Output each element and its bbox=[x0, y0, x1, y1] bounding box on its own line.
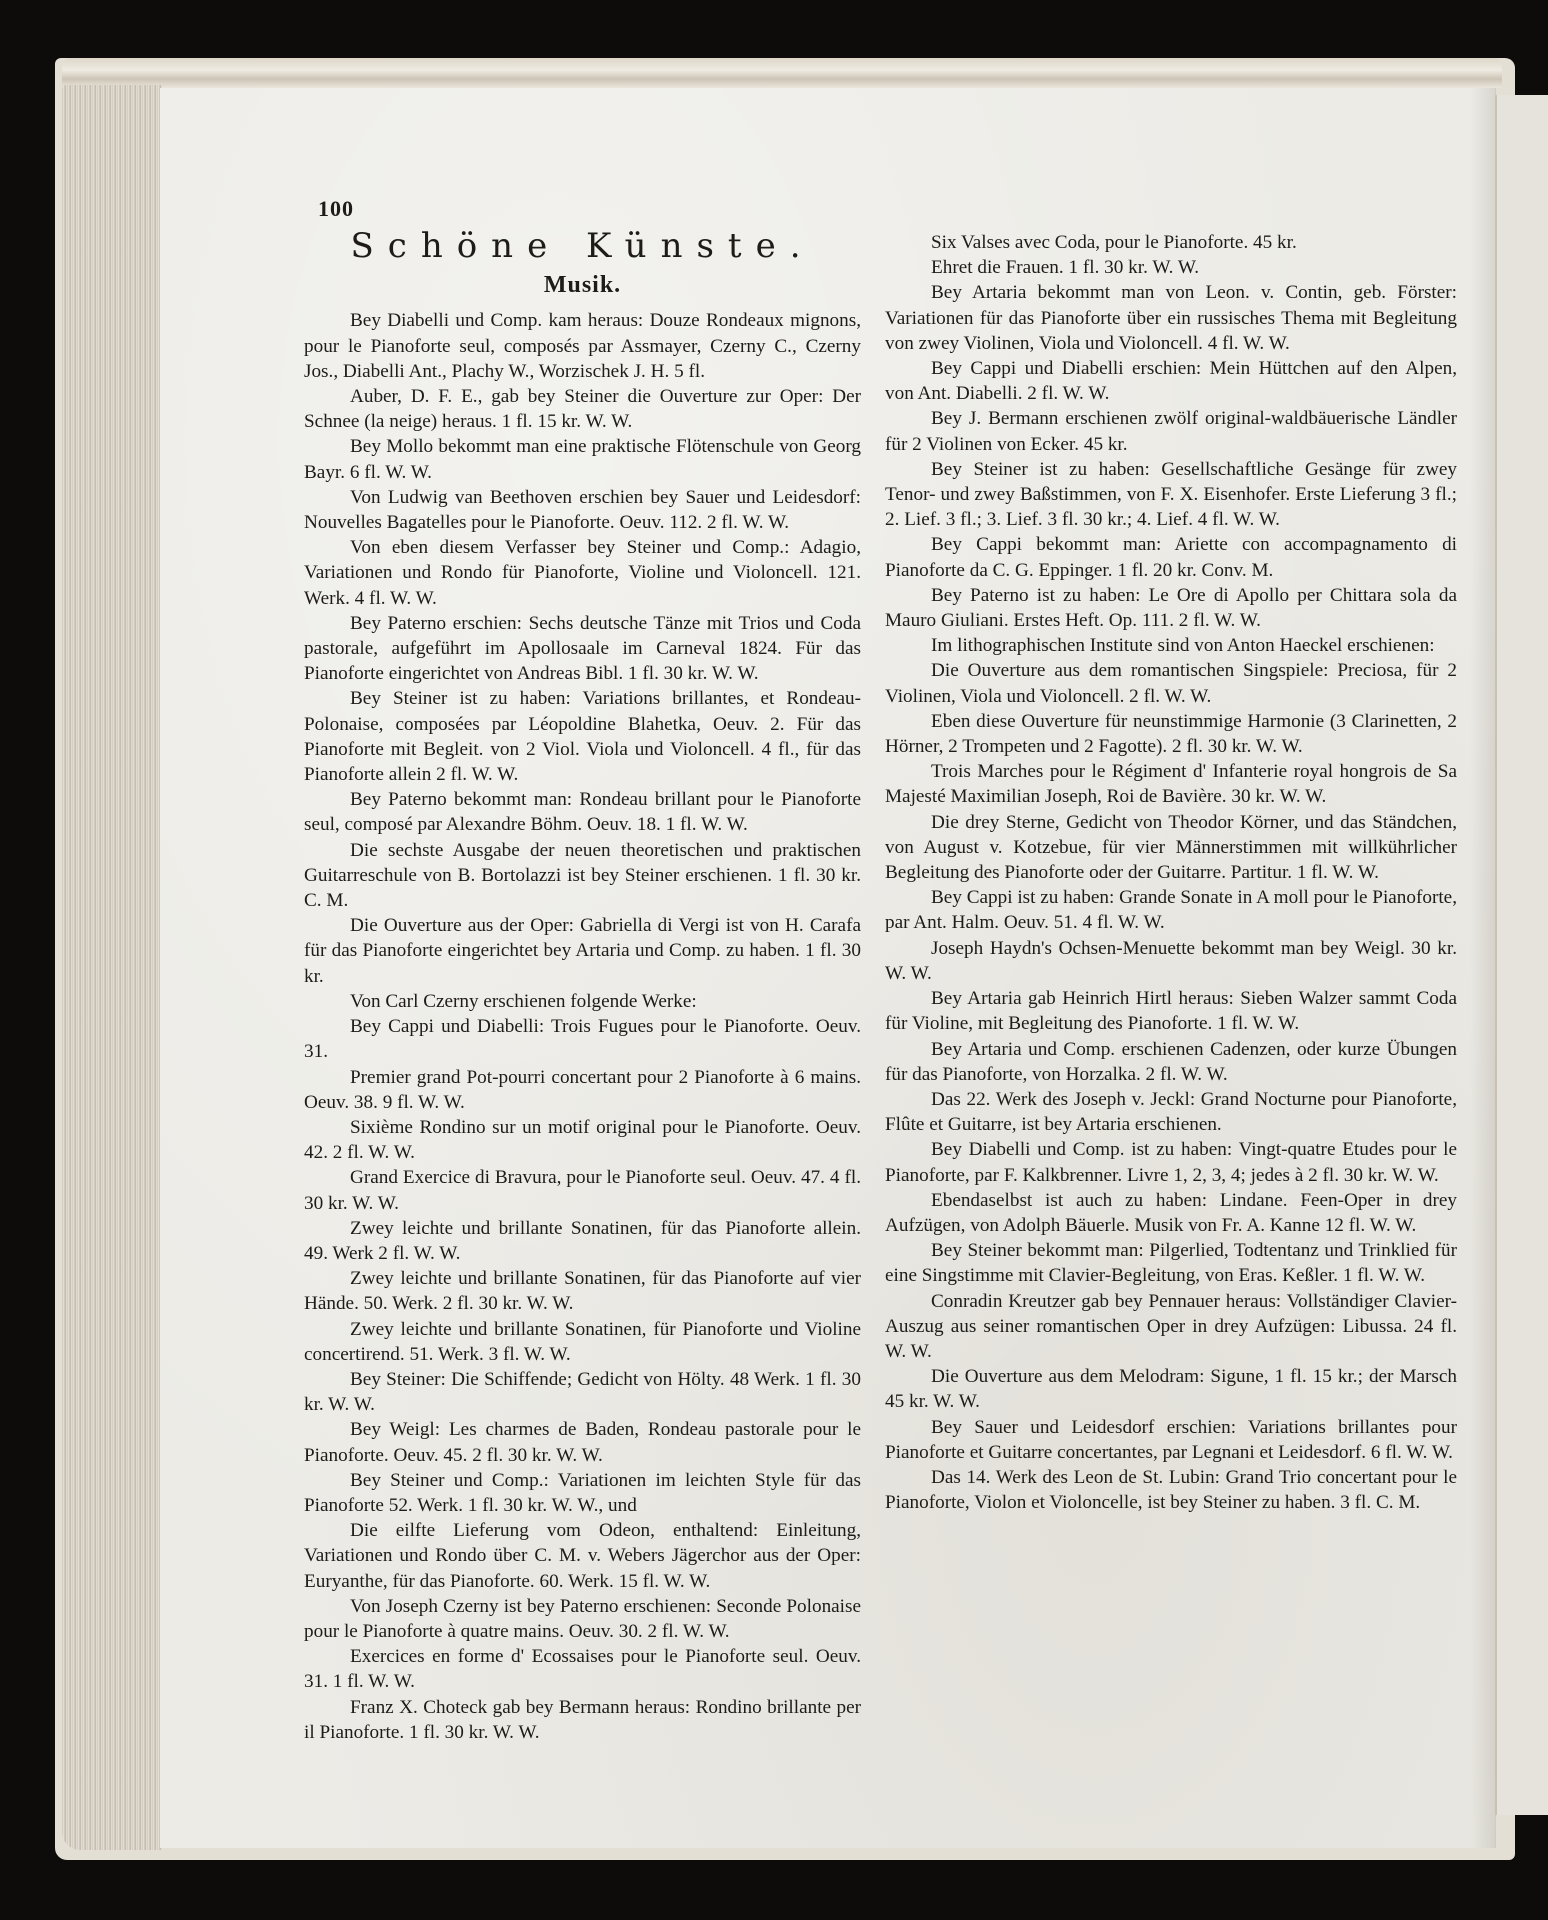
right-entries: Six Valses avec Coda, pour le Pianoforte… bbox=[885, 230, 1457, 1515]
text-entry: Six Valses avec Coda, pour le Pianoforte… bbox=[885, 230, 1457, 255]
text-entry: Ehret die Frauen. 1 fl. 30 kr. W. W. bbox=[885, 255, 1457, 280]
text-entry: Bey Cappi und Diabelli: Trois Fugues pou… bbox=[304, 1014, 861, 1064]
text-entry: Die sechste Ausgabe der neuen theoretisc… bbox=[304, 838, 861, 914]
text-entry: Bey Paterno bekommt man: Rondeau brillan… bbox=[304, 787, 861, 837]
text-entry: Bey Paterno erschien: Sechs deutsche Tän… bbox=[304, 611, 861, 687]
text-entry: Exercices en forme d' Ecossaises pour le… bbox=[304, 1644, 861, 1694]
text-entry: Trois Marches pour le Régiment d' Infant… bbox=[885, 759, 1457, 809]
text-entry: Die Ouverture aus dem Melodram: Sigune, … bbox=[885, 1364, 1457, 1414]
text-entry: Bey Weigl: Les charmes de Baden, Rondeau… bbox=[304, 1417, 861, 1467]
text-entry: Ebendaselbst ist auch zu haben: Lindane.… bbox=[885, 1188, 1457, 1238]
text-entry: Bey Diabelli und Comp. kam heraus: Douze… bbox=[304, 308, 861, 384]
text-entry: Die Ouverture aus dem romantischen Sings… bbox=[885, 658, 1457, 708]
text-entry: Sixième Rondino sur un motif original po… bbox=[304, 1115, 861, 1165]
text-entry: Von Ludwig van Beethoven erschien bey Sa… bbox=[304, 485, 861, 535]
text-entry: Bey Artaria gab Heinrich Hirtl heraus: S… bbox=[885, 986, 1457, 1036]
text-entry: Bey Artaria bekommt man von Leon. v. Con… bbox=[885, 280, 1457, 356]
right-text-column: Six Valses avec Coda, pour le Pianoforte… bbox=[885, 230, 1457, 1515]
section-title: Schöne Künste. bbox=[304, 234, 861, 259]
text-entry: Eben diese Ouverture für neunstimmige Ha… bbox=[885, 709, 1457, 759]
page-top-edge bbox=[62, 58, 1502, 88]
text-entry: Bey Steiner bekommt man: Pilgerlied, Tod… bbox=[885, 1238, 1457, 1288]
text-entry: Bey Mollo bekommt man eine praktische Fl… bbox=[304, 434, 861, 484]
text-entry: Bey Cappi bekommt man: Ariette con accom… bbox=[885, 532, 1457, 582]
text-entry: Bey Steiner und Comp.: Variationen im le… bbox=[304, 1468, 861, 1518]
text-entry: Grand Exercice di Bravura, pour le Piano… bbox=[304, 1165, 861, 1215]
page-number: 100 bbox=[318, 196, 354, 222]
text-entry: Bey Steiner ist zu haben: Gesellschaftli… bbox=[885, 457, 1457, 533]
text-entry: Conradin Kreutzer gab bey Pennauer herau… bbox=[885, 1289, 1457, 1365]
text-entry: Von eben diesem Verfasser bey Steiner un… bbox=[304, 535, 861, 611]
text-entry: Im lithographischen Institute sind von A… bbox=[885, 633, 1457, 658]
facing-page-edge bbox=[1495, 95, 1548, 1815]
text-entry: Bey Steiner ist zu haben: Variations bri… bbox=[304, 686, 861, 787]
text-entry: Von Joseph Czerny ist bey Paterno erschi… bbox=[304, 1594, 861, 1644]
text-entry: Zwey leichte und brillante Sonatinen, fü… bbox=[304, 1266, 861, 1316]
text-entry: Bey Diabelli und Comp. ist zu haben: Vin… bbox=[885, 1137, 1457, 1187]
text-entry: Das 14. Werk des Leon de St. Lubin: Gran… bbox=[885, 1465, 1457, 1515]
text-entry: Zwey leichte und brillante Sonatinen, fü… bbox=[304, 1216, 861, 1266]
text-entry: Bey Artaria und Comp. erschienen Cadenze… bbox=[885, 1037, 1457, 1087]
text-entry: Bey Sauer und Leidesdorf erschien: Varia… bbox=[885, 1415, 1457, 1465]
text-entry: Bey Cappi und Diabelli erschien: Mein Hü… bbox=[885, 356, 1457, 406]
text-entry: Bey Steiner: Die Schiffende; Gedicht von… bbox=[304, 1367, 861, 1417]
text-entry: Die eilfte Lieferung vom Odeon, enthalte… bbox=[304, 1518, 861, 1594]
left-text-column: Schöne Künste. Musik. Bey Diabelli und C… bbox=[304, 230, 861, 1745]
text-entry: Franz X. Choteck gab bey Bermann heraus:… bbox=[304, 1695, 861, 1745]
text-entry: Bey Cappi ist zu haben: Grande Sonate in… bbox=[885, 885, 1457, 935]
text-entry: Auber, D. F. E., gab bey Steiner die Ouv… bbox=[304, 384, 861, 434]
text-entry: Die drey Sterne, Gedicht von Theodor Kör… bbox=[885, 810, 1457, 886]
text-entry: Von Carl Czerny erschienen folgende Werk… bbox=[304, 989, 861, 1014]
text-entry: Bey Paterno ist zu haben: Le Ore di Apol… bbox=[885, 583, 1457, 633]
left-entries: Bey Diabelli und Comp. kam heraus: Douze… bbox=[304, 308, 861, 1745]
text-entry: Bey J. Bermann erschienen zwölf original… bbox=[885, 406, 1457, 456]
page-fore-edges bbox=[62, 85, 162, 1850]
gutter-shadow bbox=[1470, 88, 1496, 1848]
text-entry: Das 22. Werk des Joseph v. Jeckl: Grand … bbox=[885, 1087, 1457, 1137]
subsection-title: Musik. bbox=[304, 273, 861, 298]
text-entry: Zwey leichte und brillante Sonatinen, fü… bbox=[304, 1317, 861, 1367]
text-entry: Joseph Haydn's Ochsen-Menuette bekommt m… bbox=[885, 936, 1457, 986]
text-entry: Die Ouverture aus der Oper: Gabriella di… bbox=[304, 913, 861, 989]
text-entry: Premier grand Pot-pourri concertant pour… bbox=[304, 1065, 861, 1115]
